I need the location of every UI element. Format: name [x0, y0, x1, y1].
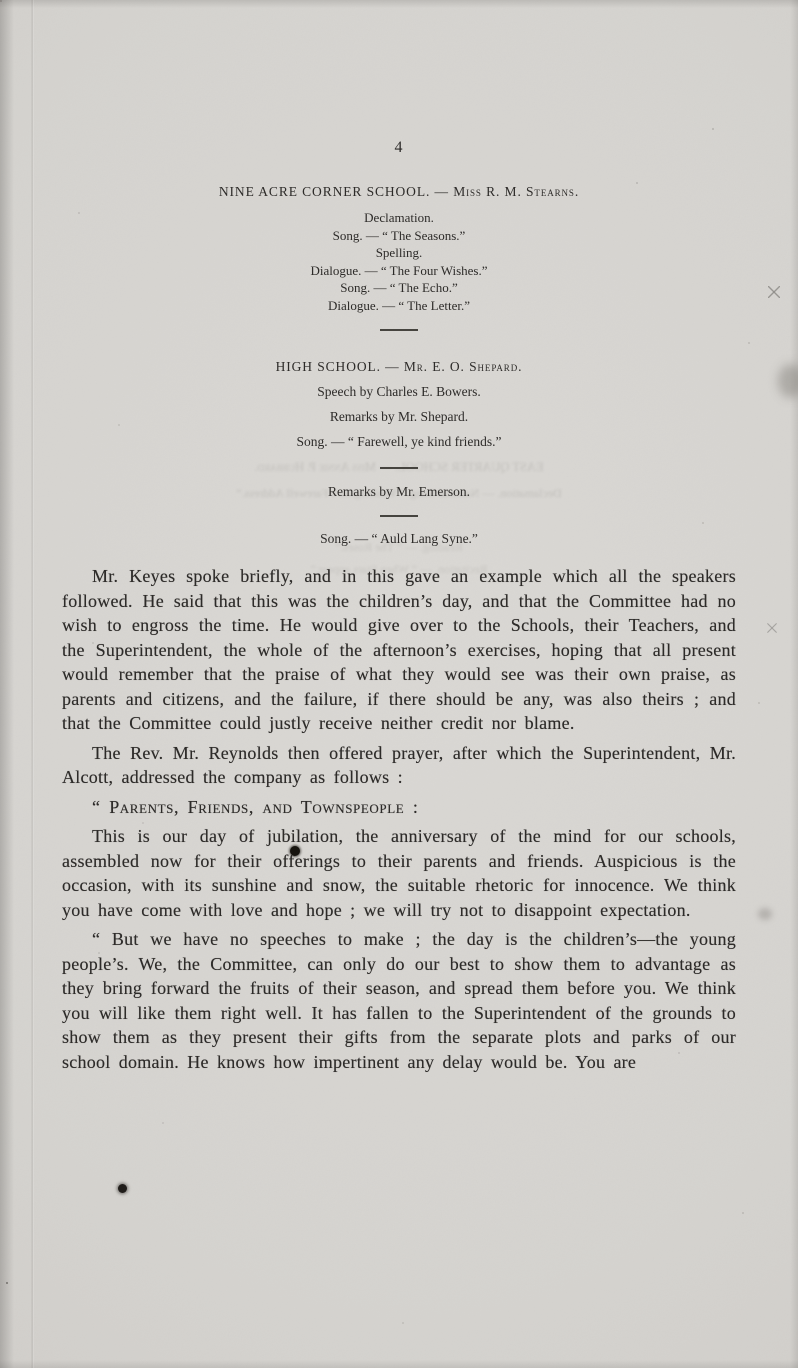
school-name: HIGH SCHOOL. —	[276, 359, 404, 374]
scanned-book-page: EAST QUARTER SCHOOL. — Miss Annie P. Hub…	[0, 0, 798, 1368]
margin-smudge	[758, 908, 772, 920]
program-item: Spelling.	[62, 244, 736, 262]
speech-salutation: “ Parents, Friends, and Townspeople :	[62, 795, 736, 820]
program-list-high-school: Speech by Charles E. Bowers. Remarks by …	[62, 383, 736, 450]
paragraph-no-speeches: “ But we have no speeches to make ; the …	[62, 927, 736, 1074]
paragraph-jubilation: This is our day of jubilation, the anniv…	[62, 824, 736, 922]
section-divider	[380, 329, 418, 331]
program-item: Speech by Charles E. Bowers.	[62, 383, 736, 400]
program-item: Remarks by Mr. Shepard.	[62, 408, 736, 425]
program-item: Declamation.	[62, 209, 736, 227]
text-column: NINE ACRE CORNER SCHOOL. — Miss R. M. St…	[62, 183, 736, 1074]
ink-blot	[290, 846, 300, 856]
body-text: Mr. Keyes spoke briefly, and in this gav…	[62, 564, 736, 1074]
paragraph-reynolds: The Rev. Mr. Reynolds then offered praye…	[62, 741, 736, 790]
program-item: Song. — “ The Seasons.”	[62, 227, 736, 245]
pencil-mark	[767, 623, 777, 633]
page-content: 4 NINE ACRE CORNER SCHOOL. — Miss R. M. …	[0, 0, 798, 1368]
emerson-remarks-line: Remarks by Mr. Emerson.	[62, 483, 736, 500]
margin-smudge	[778, 364, 798, 398]
school-name: NINE ACRE CORNER SCHOOL. —	[219, 184, 453, 199]
ink-dot	[118, 1184, 127, 1193]
program-item: Song. — “ Farewell, ye kind friends.”	[62, 433, 736, 450]
paragraph-keyes: Mr. Keyes spoke briefly, and in this gav…	[62, 564, 736, 736]
program-item: Song. — “ The Echo.”	[62, 279, 736, 297]
program-item: Dialogue. — “ The Four Wishes.”	[62, 262, 736, 280]
page-number: 4	[0, 140, 798, 156]
closing-song-line: Song. — “ Auld Lang Syne.”	[62, 530, 736, 547]
teacher-name: Mr. E. O. Shepard.	[404, 359, 523, 374]
teacher-name: Miss R. M. Stearns.	[453, 184, 579, 199]
section-heading-nine-acre: NINE ACRE CORNER SCHOOL. — Miss R. M. St…	[62, 183, 736, 200]
section-divider	[380, 515, 418, 517]
section-heading-high-school: HIGH SCHOOL. — Mr. E. O. Shepard.	[62, 358, 736, 375]
program-item: Dialogue. — “ The Letter.”	[62, 297, 736, 315]
program-list-nine-acre: Declamation. Song. — “ The Seasons.” Spe…	[62, 209, 736, 314]
section-divider	[380, 467, 418, 469]
pencil-mark	[768, 286, 780, 298]
